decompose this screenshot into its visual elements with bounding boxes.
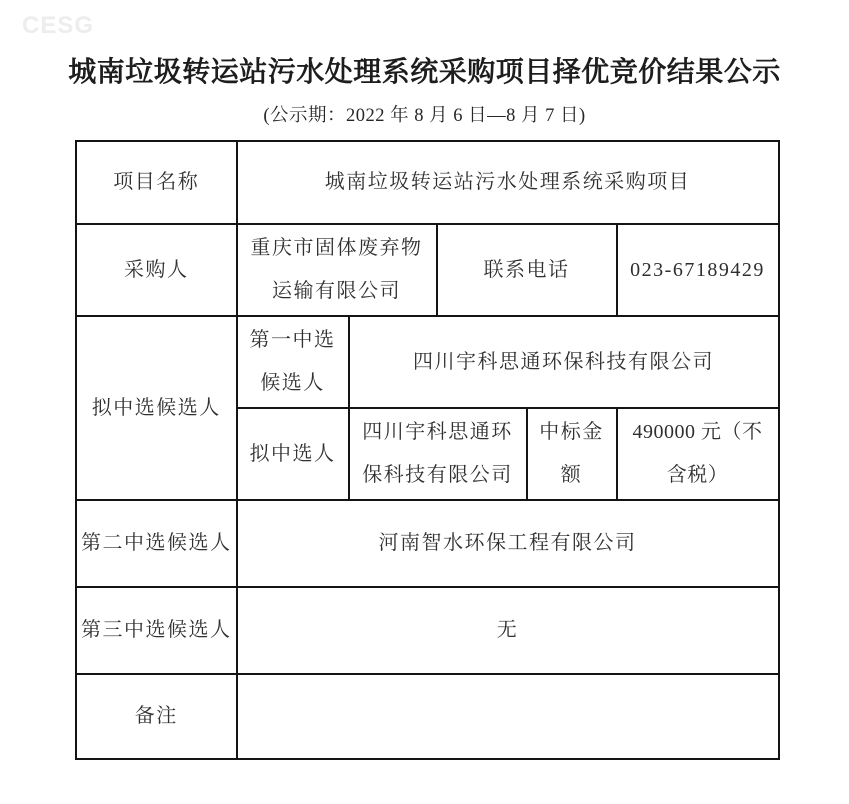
- remarks-value: [237, 674, 779, 759]
- row-remarks: 备注: [76, 674, 779, 759]
- publicity-period: (公示期：2022 年 8 月 6 日—8 月 7 日): [0, 101, 849, 127]
- row-purchaser: 采购人 重庆市固体废弃物运输有限公司 联系电话 023-67189429: [76, 224, 779, 316]
- bid-amount-label: 中标金额: [527, 408, 617, 500]
- contact-phone-value: 023-67189429: [617, 224, 779, 316]
- contact-phone-label: 联系电话: [437, 224, 617, 316]
- purchaser-value: 重庆市固体废弃物运输有限公司: [237, 224, 437, 316]
- results-table: 项目名称 城南垃圾转运站污水处理系统采购项目 采购人 重庆市固体废弃物运输有限公…: [75, 140, 780, 760]
- first-candidate-label: 第一中选候选人: [237, 316, 349, 408]
- row-project-name: 项目名称 城南垃圾转运站污水处理系统采购项目: [76, 141, 779, 224]
- proposed-winner-label: 拟中选人: [237, 408, 349, 500]
- row-second-candidate: 第二中选候选人 河南智水环保工程有限公司: [76, 500, 779, 587]
- page: { "watermark": "CESG", "header": { "titl…: [0, 0, 849, 804]
- second-candidate-label: 第二中选候选人: [76, 500, 237, 587]
- row-third-candidate: 第三中选候选人 无: [76, 587, 779, 674]
- project-name-label: 项目名称: [76, 141, 237, 224]
- watermark-logo: CESG: [22, 12, 94, 40]
- first-candidate-value: 四川宇科思通环保科技有限公司: [349, 316, 779, 408]
- third-candidate-label: 第三中选候选人: [76, 587, 237, 674]
- page-title: 城南垃圾转运站污水处理系统采购项目择优竞价结果公示: [0, 50, 849, 90]
- project-name-value: 城南垃圾转运站污水处理系统采购项目: [237, 141, 779, 224]
- bid-amount-value: 490000 元（不含税）: [617, 408, 779, 500]
- proposed-winner-value: 四川宇科思通环保科技有限公司: [349, 408, 527, 500]
- purchaser-label: 采购人: [76, 224, 237, 316]
- candidates-group-label: 拟中选候选人: [76, 316, 237, 500]
- row-first-candidate: 拟中选候选人 第一中选候选人 四川宇科思通环保科技有限公司: [76, 316, 779, 408]
- remarks-label: 备注: [76, 674, 237, 759]
- third-candidate-value: 无: [237, 587, 779, 674]
- second-candidate-value: 河南智水环保工程有限公司: [237, 500, 779, 587]
